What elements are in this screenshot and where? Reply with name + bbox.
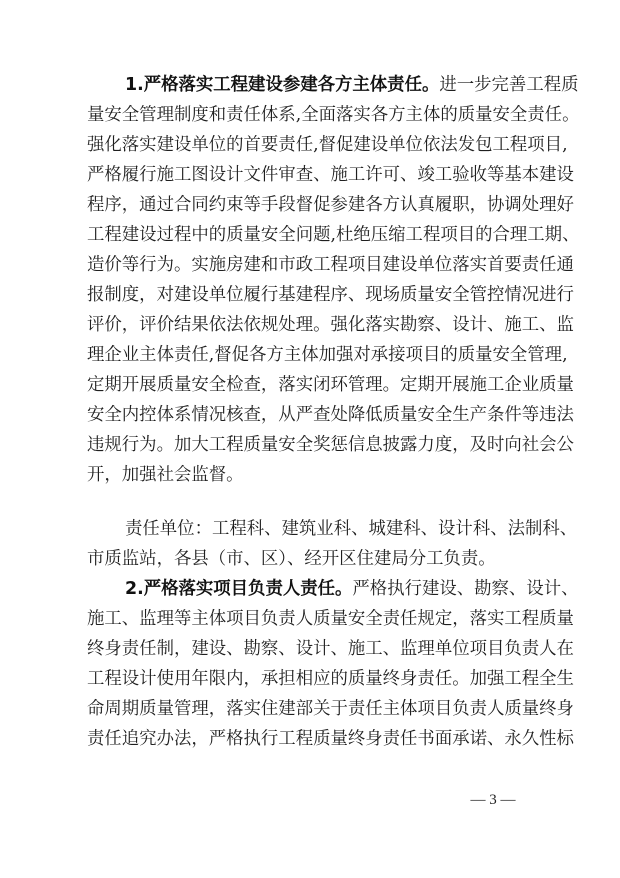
section-2-first-line: 2.严格落实项目负责人责任。严格执行建设、勘察、设计、 <box>125 574 539 604</box>
paragraph-line: 强化落实建设单位的首要责任,督促建设单位依法发包工程项目, <box>87 130 539 160</box>
paragraph-line: 理企业主体责任,督促各方主体加强对承接项目的质量安全管理, <box>87 340 539 370</box>
paragraph-line: 开，加强社会监督。 <box>87 460 539 490</box>
paragraph-line: 程序，通过合同约束等手段督促参建各方认真履职，协调处理好 <box>87 190 539 220</box>
paragraph-text: 严格执行建设、勘察、设计、 <box>352 579 578 599</box>
paragraph-line: 报制度，对建设单位履行基建程序、现场质量安全管控情况进行 <box>87 280 539 310</box>
responsible-units-line: 市质监站，各县（市、区）、经开区住建局分工负责。 <box>87 544 539 574</box>
section-1-heading: 1.严格落实工程建设参建各方主体责任。 <box>125 75 439 95</box>
paragraph-line: 造价等行为。实施房建和市政工程项目建设单位落实首要责任通 <box>87 250 539 280</box>
paragraph-line: 安全内控体系情况核查，从严查处降低质量安全生产条件等违法 <box>87 400 539 430</box>
paragraph-line: 评价，评价结果依法依规处理。强化落实勘察、设计、施工、监 <box>87 310 539 340</box>
paragraph-line: 责任追究办法，严格执行工程质量终身责任书面承诺、永久性标 <box>87 724 539 754</box>
paragraph-line: 工程设计使用年限内，承担相应的质量终身责任。加强工程全生 <box>87 664 539 694</box>
page-number: — 3 — <box>463 788 523 812</box>
paragraph-line: 施工、监理等主体项目负责人质量安全责任规定，落实工程质量 <box>87 604 539 634</box>
document-page: 1.严格落实工程建设参建各方主体责任。进一步完善工程质 量安全管理制度和责任体系… <box>0 0 620 878</box>
section-2-heading: 2.严格落实项目负责人责任。 <box>125 579 352 599</box>
paragraph-line: 违规行为。加大工程质量安全奖惩信息披露力度，及时向社会公 <box>87 430 539 460</box>
responsible-units-line: 责任单位：工程科、建筑业科、城建科、设计科、法制科、 <box>125 514 539 544</box>
section-1-first-line: 1.严格落实工程建设参建各方主体责任。进一步完善工程质 <box>125 70 539 100</box>
paragraph-line: 严格履行施工图设计文件审查、施工许可、竣工验收等基本建设 <box>87 160 539 190</box>
paragraph-line: 命周期质量管理，落实住建部关于责任主体项目负责人质量终身 <box>87 694 539 724</box>
paragraph-line: 终身责任制，建设、勘察、设计、施工、监理单位项目负责人在 <box>87 634 539 664</box>
paragraph-line: 量安全管理制度和责任体系,全面落实各方主体的质量安全责任。 <box>87 100 539 130</box>
paragraph-line: 定期开展质量安全检查，落实闭环管理。定期开展施工企业质量 <box>87 370 539 400</box>
paragraph-text: 进一步完善工程质 <box>439 75 578 95</box>
paragraph-line: 工程建设过程中的质量安全问题,杜绝压缩工程项目的合理工期、 <box>87 220 539 250</box>
